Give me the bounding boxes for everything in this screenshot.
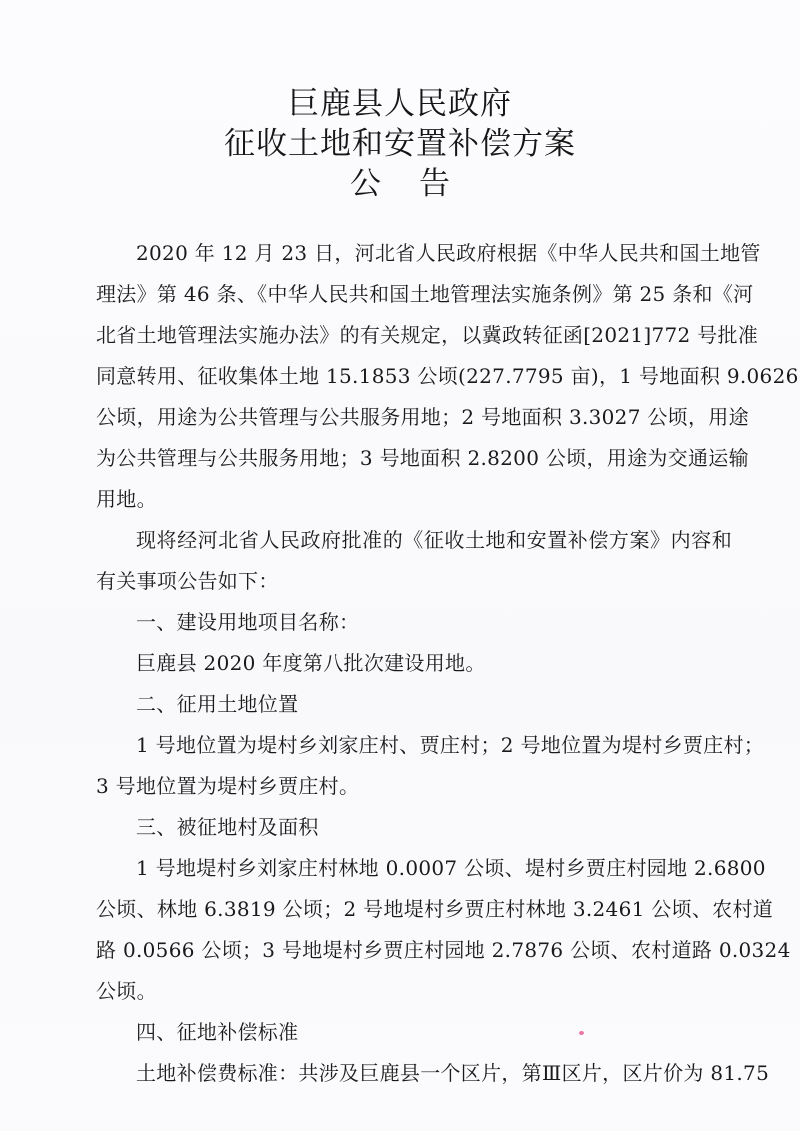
body-line: 理法》第 46 条、《中华人民共和国土地管理法实施条例》第 25 条和《河 xyxy=(96,274,732,315)
document-body: 2020 年 12 月 23 日，河北省人民政府根据《中华人民共和国土地管 理法… xyxy=(96,233,732,1094)
section-heading: 一、建设用地项目名称： xyxy=(96,602,732,643)
body-line: 2020 年 12 月 23 日，河北省人民政府根据《中华人民共和国土地管 xyxy=(96,233,732,274)
title-notice: 公告 xyxy=(0,164,800,204)
body-line: 北省土地管理法实施办法》的有关规定，以冀政转征函[2021]772 号批准 xyxy=(96,315,732,356)
body-line: 1 号地堤村乡刘家庄村林地 0.0007 公顷、堤村乡贾庄村园地 2.6800 xyxy=(96,848,732,889)
body-line: 有关事项公告如下： xyxy=(96,561,732,602)
title-issuer: 巨鹿县人民政府 xyxy=(0,84,800,124)
body-line: 土地补偿费标准：共涉及巨鹿县一个区片，第Ⅲ区片，区片价为 81.75 xyxy=(96,1053,732,1094)
body-line: 同意转用、征收集体土地 15.1853 公顷(227.7795 亩)，1 号地面… xyxy=(96,356,732,397)
section-heading: 二、征用土地位置 xyxy=(96,684,732,725)
body-line: 现将经河北省人民政府批准的《征收土地和安置补偿方案》内容和 xyxy=(96,520,732,561)
document-page: 巨鹿县人民政府 征收土地和安置补偿方案 公告 2020 年 12 月 23 日，… xyxy=(0,0,800,1131)
ink-mark xyxy=(579,1031,584,1035)
section-heading: 三、被征地村及面积 xyxy=(96,807,732,848)
body-line: 3 号地位置为堤村乡贾庄村。 xyxy=(96,766,732,807)
body-line: 为公共管理与公共服务用地；3 号地面积 2.8200 公顷，用途为交通运输 xyxy=(96,438,732,479)
body-line: 公顷，用途为公共管理与公共服务用地；2 号地面积 3.3027 公顷，用途 xyxy=(96,397,732,438)
body-line: 巨鹿县 2020 年度第八批次建设用地。 xyxy=(96,643,732,684)
body-line: 路 0.0566 公顷；3 号地堤村乡贾庄村园地 2.7876 公顷、农村道路 … xyxy=(96,930,732,971)
title-subject: 征收土地和安置补偿方案 xyxy=(0,124,800,164)
body-line: 1 号地位置为堤村乡刘家庄村、贾庄村；2 号地位置为堤村乡贾庄村； xyxy=(96,725,732,766)
section-heading: 四、征地补偿标准 xyxy=(96,1012,732,1053)
document-title: 巨鹿县人民政府 征收土地和安置补偿方案 公告 xyxy=(0,84,800,204)
body-line: 公顷。 xyxy=(96,971,732,1012)
body-line: 公顷、林地 6.3819 公顷；2 号地堤村乡贾庄村林地 3.2461 公顷、农… xyxy=(96,889,732,930)
body-line: 用地。 xyxy=(96,479,732,520)
